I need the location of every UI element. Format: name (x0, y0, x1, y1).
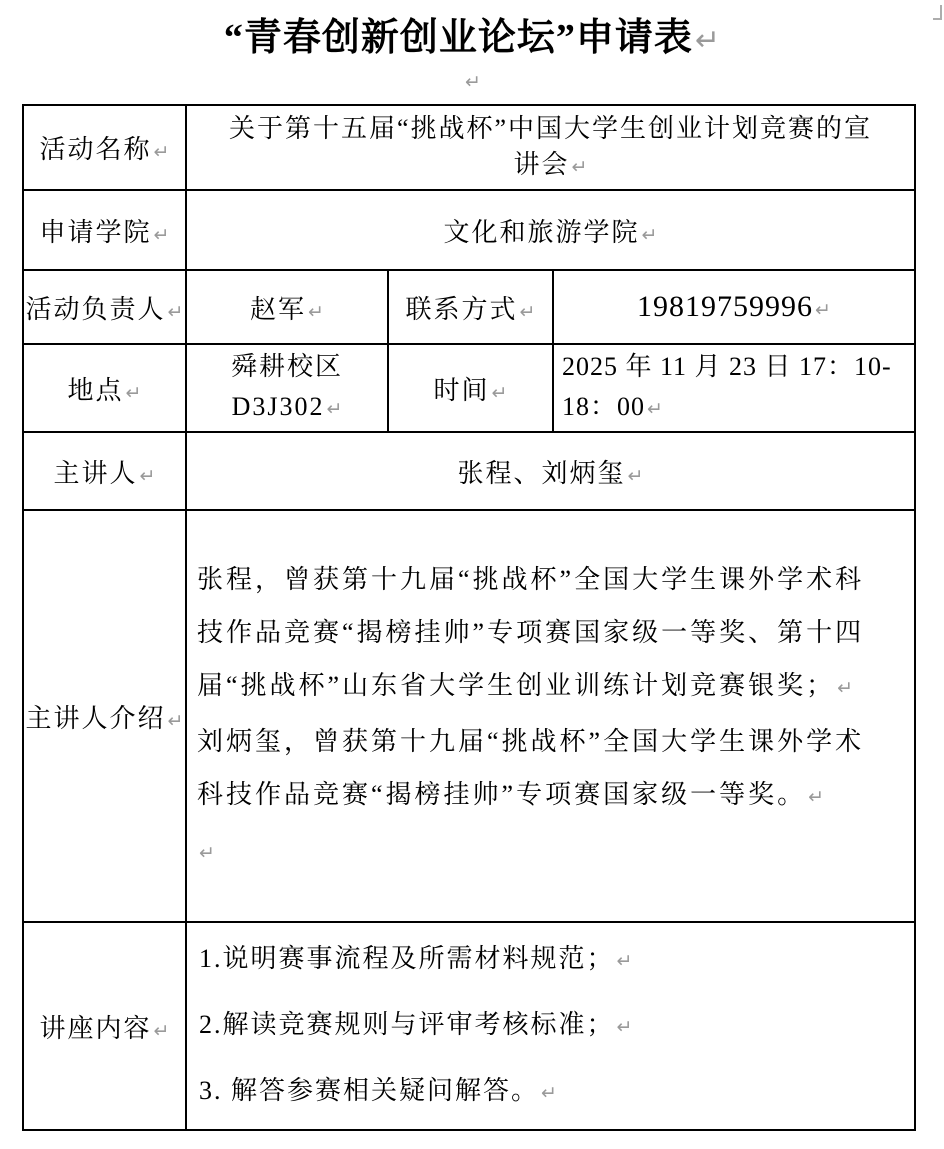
location-label-cell: 地点↵ (23, 344, 186, 432)
activity-name-value-line1: 关于第十五届“挑战杯”中国大学生创业计划竞赛的宣 (187, 111, 914, 147)
paragraph-mark-icon: ↵ (813, 299, 831, 321)
location-value-cell: 舜耕校区 D3J302↵ (186, 344, 388, 432)
lecture-content-item: 2.解读竞赛规则与评审考核标准；↵ (187, 993, 914, 1059)
speaker-label: 主讲人 (54, 459, 138, 488)
row-activity-name: 活动名称↵ 关于第十五届“挑战杯”中国大学生创业计划竞赛的宣 讲会↵ (23, 105, 915, 190)
location-text: 舜耕校区 (231, 352, 343, 381)
time-text: 18：00 (562, 392, 645, 421)
paragraph-mark-icon: ↵ (806, 786, 824, 808)
location-value-line2: D3J302↵ (187, 387, 387, 429)
activity-name-value-line2: 讲会↵ (187, 147, 914, 185)
paragraph-mark-icon: ↵ (152, 141, 170, 163)
contact-label: 联系方式 (406, 295, 518, 324)
paragraph-mark-icon: ↵ (166, 301, 184, 323)
text-boundary-crop-mark-icon (933, 5, 942, 20)
page-title: “青春创新创业论坛”申请表↵ (0, 12, 944, 67)
paragraph-mark-icon: ↵ (570, 156, 588, 178)
leader-value-cell: 赵军↵ (186, 270, 388, 344)
lecture-content-text: 3. 解答参赛相关疑问解答。 (199, 1076, 539, 1105)
paragraph-mark-icon: ↵ (124, 382, 142, 404)
speaker-intro-line: 刘炳玺，曾获第十九届“挑战杯”全国大学生课外学术 (187, 715, 914, 768)
speaker-intro-line: 张程，曾获第十九届“挑战杯”全国大学生课外学术科 (187, 553, 914, 606)
row-leader-contact: 活动负责人↵ 赵军↵ 联系方式↵ 19819759996↵ (23, 270, 915, 344)
activity-name-value-cell: 关于第十五届“挑战杯”中国大学生创业计划竞赛的宣 讲会↵ (186, 105, 915, 190)
contact-value-cell: 19819759996↵ (553, 270, 915, 344)
speaker-intro-line: 技作品竞赛“揭榜挂帅”专项赛国家级一等奖、第十四 (187, 606, 914, 659)
speaker-intro-label: 主讲人介绍 (26, 704, 166, 733)
speaker-intro-text: 张程，曾获第十九届“挑战杯”全国大学生课外学术科 (197, 565, 864, 594)
row-speaker-intro: 主讲人介绍↵ 张程，曾获第十九届“挑战杯”全国大学生课外学术科 技作品竞赛“揭榜… (23, 510, 915, 922)
row-location-time: 地点↵ 舜耕校区 D3J302↵ 时间↵ 2025 年 11 月 23 日 17… (23, 344, 915, 432)
page-title-text: “青春创新创业论坛”申请表 (224, 17, 693, 59)
paragraph-mark-icon: ↵ (615, 950, 633, 972)
speaker-intro-text: 技作品竞赛“揭榜挂帅”专项赛国家级一等奖、第十四 (197, 618, 864, 647)
college-label: 申请学院 (40, 218, 152, 247)
paragraph-mark-icon: ↵ (645, 398, 663, 420)
document-page: “青春创新创业论坛”申请表↵ ↵ 活动名称↵ 关于第十五届“挑战杯”中国大学生创… (0, 0, 944, 1149)
lecture-content-label: 讲座内容 (40, 1014, 152, 1043)
speaker-intro-text: 届“挑战杯”山东省大学生创业训练计划竞赛银奖； (197, 671, 835, 700)
time-label-cell: 时间↵ (388, 344, 553, 432)
paragraph-mark-icon: ↵ (490, 382, 508, 404)
lecture-content-item: 1.说明赛事流程及所需材料规范；↵ (187, 927, 914, 993)
paragraph-mark-icon: ↵ (166, 710, 184, 732)
lecture-content-label-cell: 讲座内容↵ (23, 922, 186, 1130)
speaker-value-cell: 张程、刘炳玺↵ (186, 432, 915, 510)
time-label: 时间 (434, 376, 490, 405)
paragraph-mark-icon: ↵ (626, 465, 644, 487)
time-value-line1: 2025 年 11 月 23 日 17：10- (554, 347, 914, 387)
speaker-intro-label-cell: 主讲人介绍↵ (23, 510, 186, 922)
paragraph-mark-icon: ↵ (835, 677, 853, 699)
leader-label: 活动负责人 (26, 295, 166, 324)
activity-name-label-cell: 活动名称↵ (23, 105, 186, 190)
location-text: D3J302 (232, 392, 325, 421)
location-label: 地点 (68, 376, 124, 405)
activity-name-text: 关于第十五届“挑战杯”中国大学生创业计划竞赛的宣 (229, 114, 872, 143)
row-speaker: 主讲人↵ 张程、刘炳玺↵ (23, 432, 915, 510)
lecture-content-text: 2.解读竞赛规则与评审考核标准； (199, 1010, 615, 1039)
paragraph-mark-icon: ↵ (640, 224, 658, 246)
activity-name-text: 讲会 (514, 150, 570, 179)
paragraph-mark-icon: ↵ (152, 1020, 170, 1042)
speaker-intro-text: 刘炳玺，曾获第十九届“挑战杯”全国大学生课外学术 (197, 727, 864, 756)
paragraph-mark-icon: ↵ (615, 1016, 633, 1038)
contact-value: 19819759996 (637, 290, 813, 323)
speaker-intro-text: 科技作品竞赛“揭榜挂帅”专项赛国家级一等奖。 (197, 780, 806, 809)
paragraph-mark-icon: ↵ (152, 224, 170, 246)
speaker-label-cell: 主讲人↵ (23, 432, 186, 510)
paragraph-mark-icon: ↵ (463, 71, 481, 93)
paragraph-mark-icon: ↵ (539, 1082, 557, 1104)
speaker-intro-empty-line: ↵ (187, 824, 914, 880)
leader-value: 赵军 (250, 295, 306, 324)
paragraph-mark-icon: ↵ (518, 301, 536, 323)
speaker-intro-value-cell: 张程，曾获第十九届“挑战杯”全国大学生课外学术科 技作品竞赛“揭榜挂帅”专项赛国… (186, 510, 915, 922)
application-form-table: 活动名称↵ 关于第十五届“挑战杯”中国大学生创业计划竞赛的宣 讲会↵ 申请学院↵… (22, 104, 916, 1131)
leader-label-cell: 活动负责人↵ (23, 270, 186, 344)
paragraph-mark-icon: ↵ (138, 465, 156, 487)
lecture-content-value-cell: 1.说明赛事流程及所需材料规范；↵ 2.解读竞赛规则与评审考核标准；↵ 3. 解… (186, 922, 915, 1130)
location-value-line1: 舜耕校区 (187, 347, 387, 387)
speaker-intro-line: 届“挑战杯”山东省大学生创业训练计划竞赛银奖；↵ (187, 659, 914, 715)
time-value-cell: 2025 年 11 月 23 日 17：10- 18：00↵ (553, 344, 915, 432)
college-value-cell: 文化和旅游学院↵ (186, 190, 915, 270)
lecture-content-text: 1.说明赛事流程及所需材料规范； (199, 944, 615, 973)
college-value: 文化和旅游学院 (444, 218, 640, 247)
paragraph-mark-icon: ↵ (324, 398, 342, 420)
speaker-value: 张程、刘炳玺 (458, 459, 626, 488)
time-value-line2: 18：00↵ (554, 387, 914, 429)
time-text: 2025 年 11 月 23 日 17：10- (562, 352, 892, 381)
paragraph-mark-icon: ↵ (693, 23, 720, 58)
empty-paragraph: ↵ (0, 67, 944, 104)
lecture-content-item: 3. 解答参赛相关疑问解答。↵ (187, 1059, 914, 1125)
speaker-intro-line: 科技作品竞赛“揭榜挂帅”专项赛国家级一等奖。↵ (187, 768, 914, 824)
contact-label-cell: 联系方式↵ (388, 270, 553, 344)
paragraph-mark-icon: ↵ (306, 301, 324, 323)
row-lecture-content: 讲座内容↵ 1.说明赛事流程及所需材料规范；↵ 2.解读竞赛规则与评审考核标准；… (23, 922, 915, 1130)
activity-name-label: 活动名称 (40, 135, 152, 164)
paragraph-mark-icon: ↵ (197, 842, 215, 864)
college-label-cell: 申请学院↵ (23, 190, 186, 270)
row-college: 申请学院↵ 文化和旅游学院↵ (23, 190, 915, 270)
